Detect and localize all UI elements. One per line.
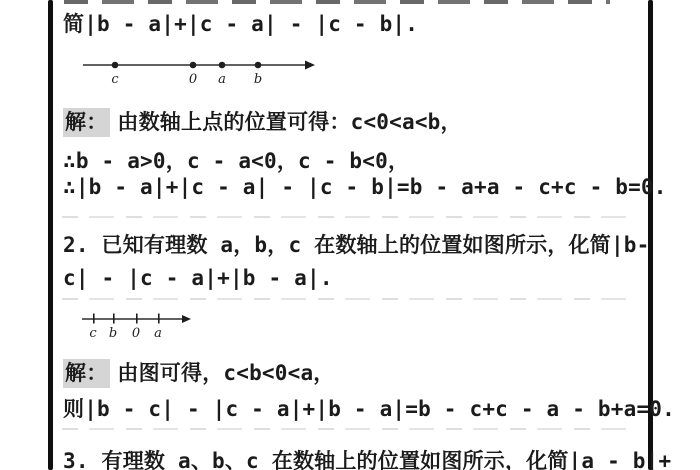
point-dot-0 [190,62,197,69]
tick-label-a: a [154,326,162,341]
print-ghost-line-3 [62,428,634,430]
problem2-statement-line2: c| - |c - a|+|b - a|. [63,266,333,290]
point-dot-c [112,62,119,69]
solution1-line1-text: 由数轴上点的位置可得：c<0<a<b， [117,110,461,134]
number-line-2-arrowhead-icon [182,315,191,323]
print-ghost-line-1 [62,216,634,218]
solution2-line1-text: 由图可得，c<b<0<a， [117,361,334,385]
tick-c [93,314,95,324]
point-dot-b [255,62,262,69]
number-line-1: c 0 a b [80,51,325,87]
tick-0 [136,314,138,324]
solution2-label-badge: 解： [63,359,110,388]
tick-b [113,314,115,324]
problem2-statement-line1: 2. 已知有理数 a，b，c 在数轴上的位置如图所示，化简|b- [63,229,649,259]
solution1-line3: ∴|b - a|+|c - a| - |c - b|=b - a+a - c+c… [63,175,667,199]
point-label-b: b [254,72,262,87]
point-label-c: c [111,72,119,87]
point-label-a: a [218,72,226,87]
number-line-2: c b 0 a [80,305,205,341]
point-dot-a [219,62,226,69]
problem1-statement-tail: 简|b - a|+|c - a| - |c - b|. [63,8,418,38]
tick-label-c: c [89,326,97,341]
solution1-label-badge: 解： [63,108,110,137]
solution2-line2: 则|b - c| - |c - a|+|b - a|=b - c+c - a -… [63,393,675,423]
solution1-line2: ∴b - a>0，c - a<0，c - b<0， [63,145,409,175]
tick-a [158,314,160,324]
print-ghost-line-2 [62,298,634,300]
number-line-1-arrowhead-icon [305,61,315,70]
solution2-line1: 解：由图可得，c<b<0<a， [63,357,335,387]
document-page: 简|b - a|+|c - a| - |c - b|. c 0 a b 解：由数… [0,0,700,470]
tick-label-b: b [109,326,117,341]
page-frame-left-border [48,0,53,470]
tick-label-0: 0 [132,326,140,341]
problem3-statement-line1: 3. 有理数 a、b、c 在数轴上的位置如图所示，化简|a - b|+ [63,445,671,470]
point-label-0: 0 [189,72,197,87]
cropped-text-remnant-top [64,0,610,4]
solution1-line1: 解：由数轴上点的位置可得：c<0<a<b， [63,106,462,136]
